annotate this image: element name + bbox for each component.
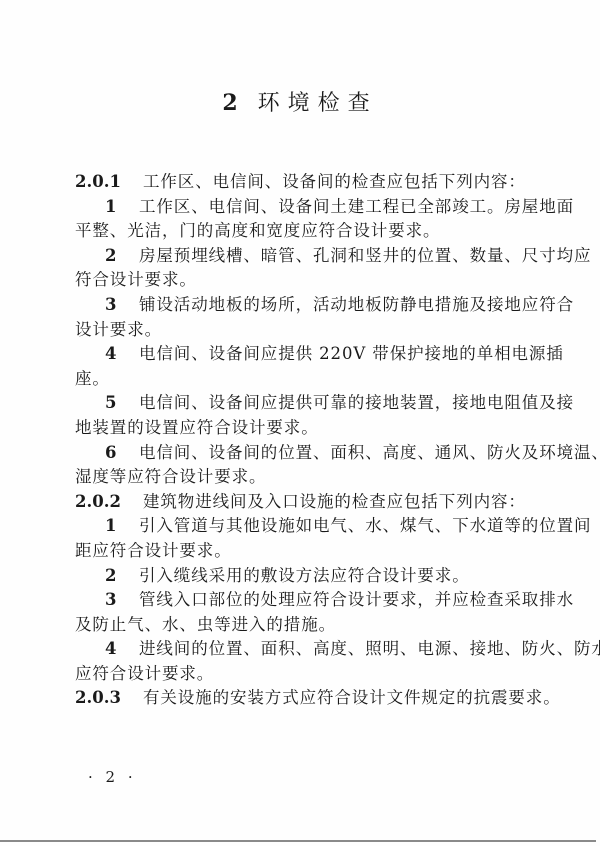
list-item: 4进线间的位置、面积、高度、照明、电源、接地、防火、防水等 [75,637,541,662]
chapter-title-text: 环境检查 [258,91,378,116]
clause-heading: 工作区、电信间、设备间的检查应包括下列内容： [143,172,526,191]
item-number: 3 [105,293,139,318]
bottom-rule-divider [0,840,596,842]
item-continuation: 符合设计要求。 [75,268,541,293]
list-item: 2引入缆线采用的敷设方法应符合设计要求。 [75,564,541,589]
item-continuation: 湿度等应符合设计要求。 [75,465,541,490]
item-text: 房屋预埋线槽、暗管、孔洞和竖井的位置、数量、尺寸均应 [139,246,591,265]
clause-number: 2.0.2 [75,490,143,515]
item-text: 引入缆线采用的敷设方法应符合设计要求。 [139,566,470,585]
item-number: 2 [105,564,139,589]
clause-2-0-2: 2.0.2建筑物进线间及入口设施的检查应包括下列内容： [75,490,541,515]
item-number: 4 [105,342,139,367]
item-text: 铺设活动地板的场所，活动地板防静电措施及接地应符合 [139,295,574,314]
list-item: 3铺设活动地板的场所，活动地板防静电措施及接地应符合 [75,293,541,318]
clause-2-0-3: 2.0.3有关设施的安装方式应符合设计文件规定的抗震要求。 [75,686,541,711]
clause-number: 2.0.1 [75,170,143,195]
item-number: 3 [105,588,139,613]
clause-number: 2.0.3 [75,686,143,711]
item-number: 4 [105,637,139,662]
body-text: 2.0.1工作区、电信间、设备间的检查应包括下列内容： 1工作区、电信间、设备间… [75,170,541,711]
chapter-number: 2 [222,90,239,116]
chapter-title: 2环境检查 [0,88,600,119]
item-text: 工作区、电信间、设备间土建工程已全部竣工。房屋地面 [139,197,574,216]
item-continuation: 及防止气、水、虫等进入的措施。 [75,613,541,638]
item-text: 电信间、设备间应提供 220V 带保护接地的单相电源插 [139,344,564,363]
clause-heading: 建筑物进线间及入口设施的检查应包括下列内容： [143,492,526,511]
item-text: 进线间的位置、面积、高度、照明、电源、接地、防火、防水等 [139,639,600,658]
page-number: · 2 · [88,768,137,786]
list-item: 1引入管道与其他设施如电气、水、煤气、下水道等的位置间 [75,514,541,539]
list-item: 5电信间、设备间应提供可靠的接地装置，接地电阻值及接 [75,391,541,416]
item-continuation: 座。 [75,367,541,392]
item-continuation: 距应符合设计要求。 [75,539,541,564]
list-item: 4电信间、设备间应提供 220V 带保护接地的单相电源插 [75,342,541,367]
item-number: 6 [105,441,139,466]
list-item: 1工作区、电信间、设备间土建工程已全部竣工。房屋地面 [75,195,541,220]
item-text: 电信间、设备间的位置、面积、高度、通风、防火及环境温、 [139,443,600,462]
item-continuation: 设计要求。 [75,318,541,343]
item-continuation: 地装置的设置应符合设计要求。 [75,416,541,441]
item-text: 引入管道与其他设施如电气、水、煤气、下水道等的位置间 [139,516,591,535]
item-number: 2 [105,244,139,269]
list-item: 6电信间、设备间的位置、面积、高度、通风、防火及环境温、 [75,441,541,466]
list-item: 3管线入口部位的处理应符合设计要求，并应检查采取排水 [75,588,541,613]
item-number: 5 [105,391,139,416]
item-continuation: 应符合设计要求。 [75,662,541,687]
item-text: 管线入口部位的处理应符合设计要求，并应检查采取排水 [139,590,574,609]
list-item: 2房屋预埋线槽、暗管、孔洞和竖井的位置、数量、尺寸均应 [75,244,541,269]
clause-2-0-1: 2.0.1工作区、电信间、设备间的检查应包括下列内容： [75,170,541,195]
item-number: 1 [105,514,139,539]
document-page: 2环境检查 2.0.1工作区、电信间、设备间的检查应包括下列内容： 1工作区、电… [0,0,600,846]
clause-heading: 有关设施的安装方式应符合设计文件规定的抗震要求。 [143,688,561,707]
item-continuation: 平整、光洁，门的高度和宽度应符合设计要求。 [75,219,541,244]
item-text: 电信间、设备间应提供可靠的接地装置，接地电阻值及接 [139,393,574,412]
item-number: 1 [105,195,139,220]
